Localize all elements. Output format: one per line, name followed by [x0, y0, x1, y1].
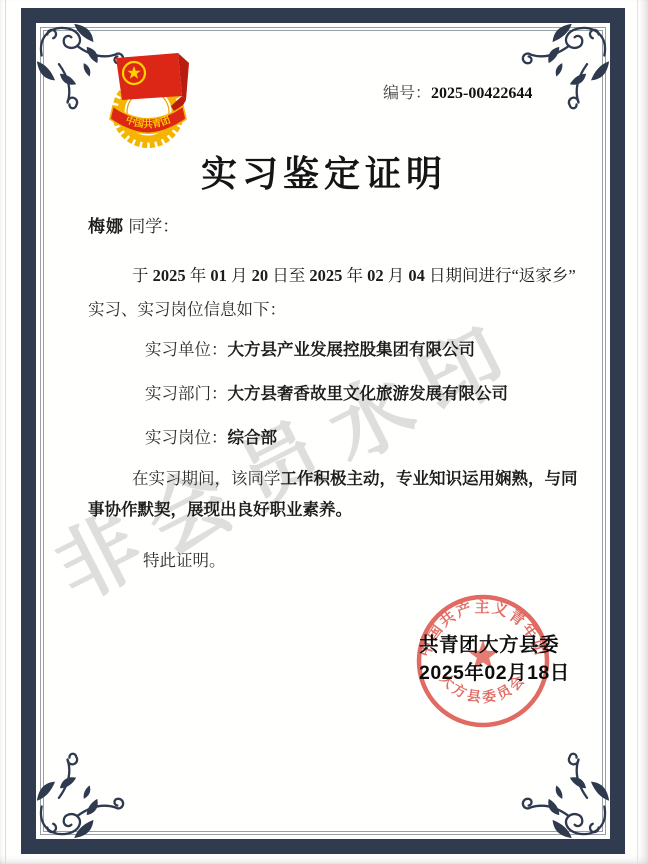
certificate-title: 实习鉴定证明 — [0, 146, 648, 197]
serial-value: 2025-00422644 — [431, 85, 532, 102]
student-name: 梅娜 — [88, 217, 124, 236]
signature-date: 2025年02月18日 — [419, 659, 570, 687]
certificate-page: 非会员水印 — [0, 0, 648, 864]
scan-edge-left — [5, 0, 6, 864]
field-internship-unit: 实习单位：大方县产业发展控股集团有限公司 — [145, 336, 475, 360]
field-label: 实习岗位： — [145, 428, 228, 447]
field-value: 综合部 — [228, 429, 278, 447]
signature-block: 共青团大方县委 2025年02月18日 — [419, 631, 570, 687]
scan-edge-right — [637, 0, 638, 864]
corner-flourish-icon — [34, 749, 126, 841]
serial-label: 编号： — [383, 85, 431, 102]
closing-statement: 特此证明。 — [143, 547, 226, 571]
youth-league-emblem-icon: 中国共青团 — [98, 46, 198, 152]
corner-flourish-icon — [520, 21, 612, 113]
serial-number-line: 编号：2025-00422644 — [383, 80, 532, 103]
field-label: 实习单位： — [145, 340, 228, 359]
field-value: 大方县奢香故里文化旅游发展有限公司 — [228, 385, 509, 403]
evaluation-line-1: 在实习期间，该同学工作积极主动，专业知识运用娴熟，与同 — [132, 465, 578, 489]
field-label: 实习部门： — [145, 384, 228, 403]
field-internship-position: 实习岗位：综合部 — [145, 424, 277, 448]
intro-line-1: 于 2025 年 01 月 20 日至 2025 年 02 月 04 日期间进行… — [132, 262, 576, 286]
field-internship-department: 实习部门：大方县奢香故里文化旅游发展有限公司 — [145, 380, 508, 404]
evaluation-line-2: 事协作默契，展现出良好职业素养。 — [88, 496, 352, 520]
salutation-suffix: 同学： — [128, 217, 179, 236]
signature-org: 共青团大方县委 — [419, 631, 570, 659]
field-value: 大方县产业发展控股集团有限公司 — [228, 341, 476, 359]
salutation-line: 梅娜 同学： — [88, 212, 179, 237]
corner-flourish-icon — [520, 749, 612, 841]
intro-line-2: 实习、实习岗位信息如下： — [88, 296, 286, 320]
